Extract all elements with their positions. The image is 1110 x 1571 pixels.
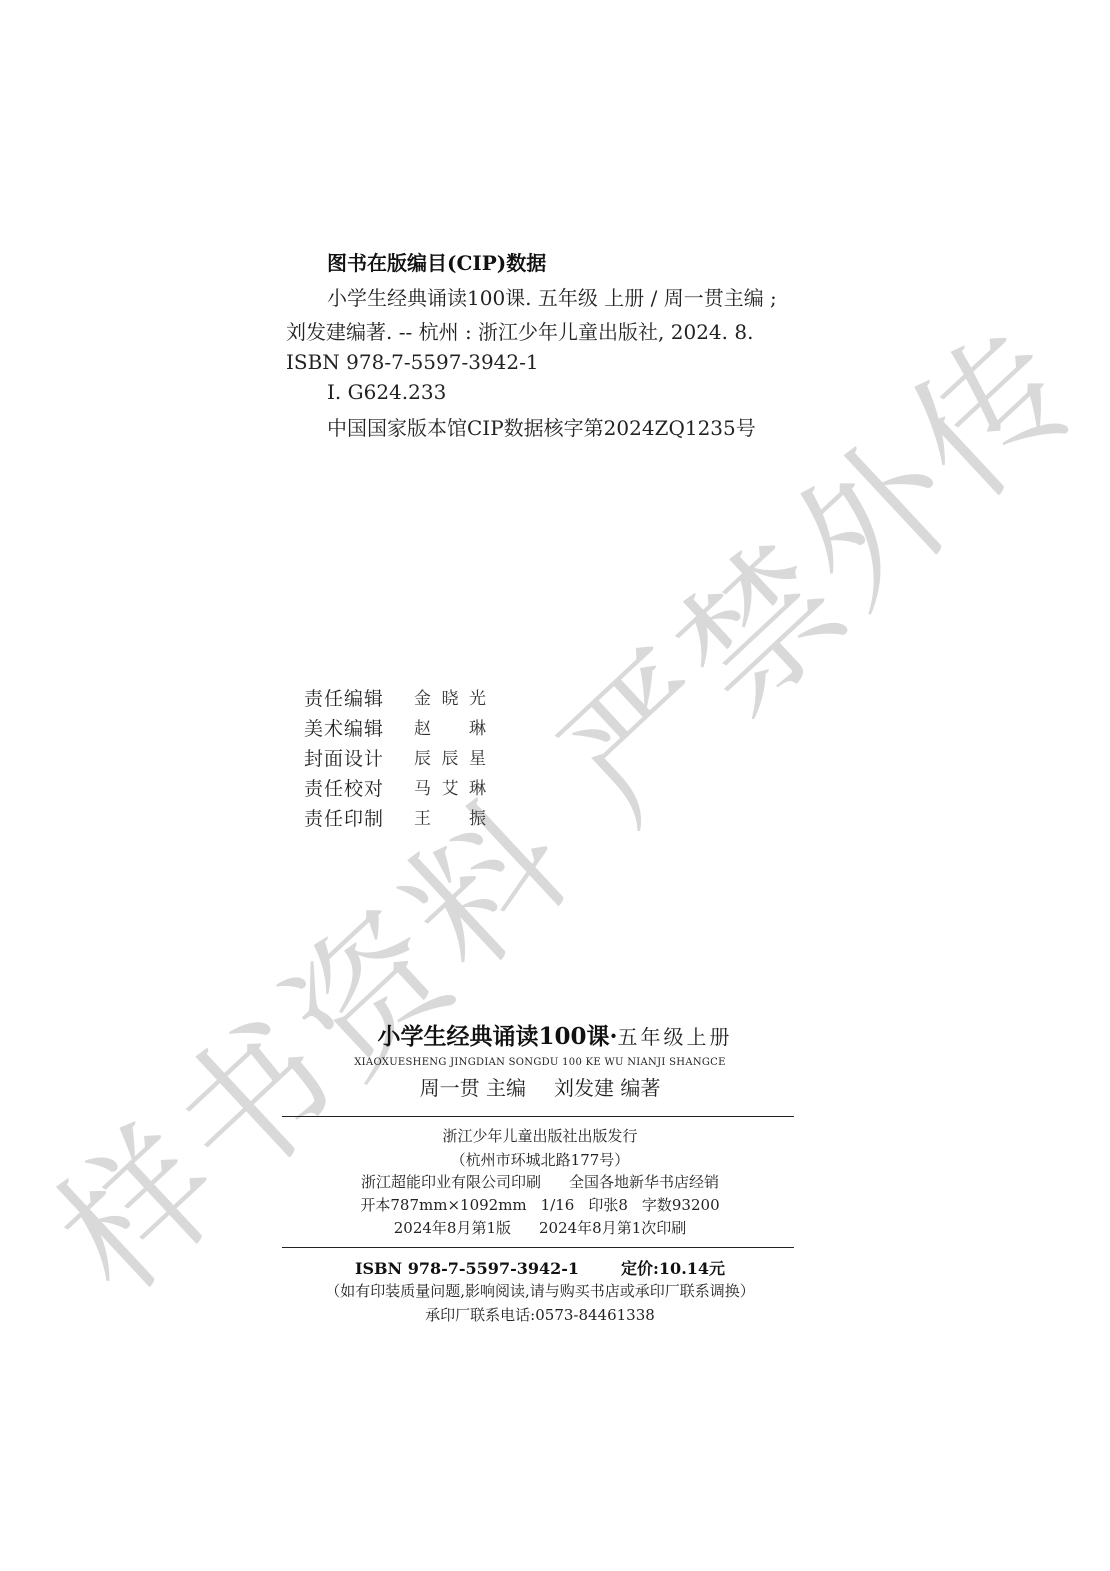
- cip-line-publisher: 刘发建编著. -- 杭州 : 浙江少年儿童出版社, 2024. 8.: [286, 316, 753, 345]
- editor-author: 刘发建 编著: [554, 1076, 660, 1100]
- price: 定价:10.14元: [621, 1259, 725, 1278]
- format: 开本787mm×1092mm: [360, 1196, 526, 1214]
- credit-role: 责任校对: [304, 774, 414, 804]
- printer: 浙江超能印业有限公司印刷: [361, 1173, 541, 1191]
- publisher-line: 浙江少年儿童出版社出版发行: [0, 1125, 1080, 1146]
- book-title-pinyin: XIAOXUESHENG JINGDIAN SONGDU 100 KE WU N…: [0, 1057, 1080, 1068]
- credit-role: 责任印制: [304, 804, 414, 834]
- cip-line-isbn: ISBN 978-7-5597-3942-1: [286, 350, 539, 374]
- credit-row: 责任印制 王振: [304, 804, 486, 834]
- book-editors: 周一贯 主编刘发建 编著: [0, 1072, 1080, 1101]
- editor-chief: 周一贯 主编: [420, 1076, 526, 1100]
- credit-row: 封面设计 辰辰星: [304, 744, 486, 774]
- book-title-separator: ·: [610, 1023, 618, 1050]
- cip-line-title: 小学生经典诵读100课. 五年级 上册 / 周一贯主编 ;: [327, 282, 777, 311]
- publisher-address: （杭州市环城北路177号）: [0, 1149, 1080, 1170]
- book-title-main: 小学生经典诵读100课: [377, 1023, 609, 1050]
- divider-bottom: [282, 1247, 794, 1248]
- credit-name: 赵琳: [414, 714, 486, 744]
- book-title-sub: 五年级上册: [618, 1025, 733, 1049]
- watermark-part2: 严禁外传: [532, 295, 1110, 853]
- isbn: ISBN 978-7-5597-3942-1: [355, 1259, 579, 1278]
- credit-role: 美术编辑: [304, 714, 414, 744]
- book-title: 小学生经典诵读100课·五年级上册: [0, 1018, 1110, 1051]
- credits-list: 责任编辑 金晓光 美术编辑 赵琳 封面设计 辰辰星 责任校对 马艾琳 责任印制 …: [304, 684, 486, 834]
- distributor: 全国各地新华书店经销: [569, 1173, 719, 1191]
- credit-name: 金晓光: [414, 684, 486, 714]
- format-line: 开本787mm×1092mm1/16印张8字数93200: [0, 1194, 1080, 1215]
- isbn-price-line: ISBN 978-7-5597-3942-1定价:10.14元: [0, 1256, 1080, 1279]
- credit-row: 责任编辑 金晓光: [304, 684, 486, 714]
- divider-top: [282, 1116, 794, 1117]
- printer-phone: 承印厂联系电话:0573-84461338: [0, 1304, 1080, 1325]
- fold: 1/16: [541, 1196, 575, 1214]
- edition-line: 2024年8月第1版2024年8月第1次印刷: [0, 1217, 1080, 1238]
- sheets: 印张8: [588, 1196, 628, 1214]
- credit-row: 美术编辑 赵琳: [304, 714, 486, 744]
- credit-name: 王振: [414, 804, 486, 834]
- credit-name: 马艾琳: [414, 774, 486, 804]
- cip-line-classification: Ⅰ. G624.233: [327, 380, 446, 404]
- quality-notice: （如有印装质量问题,影响阅读,请与购买书店或承印厂联系调换）: [0, 1280, 1080, 1301]
- cip-title: 图书在版编目(CIP)数据: [327, 247, 546, 276]
- credit-role: 责任编辑: [304, 684, 414, 714]
- printer-distributor-line: 浙江超能印业有限公司印刷全国各地新华书店经销: [0, 1171, 1080, 1192]
- word-count: 字数93200: [642, 1196, 720, 1214]
- printing: 2024年8月第1次印刷: [539, 1219, 686, 1237]
- credit-row: 责任校对 马艾琳: [304, 774, 486, 804]
- credit-role: 封面设计: [304, 744, 414, 774]
- cip-line-record-number: 中国国家版本馆CIP数据核字第2024ZQ1235号: [327, 412, 756, 441]
- credit-name: 辰辰星: [414, 744, 486, 774]
- edition: 2024年8月第1版: [394, 1219, 511, 1237]
